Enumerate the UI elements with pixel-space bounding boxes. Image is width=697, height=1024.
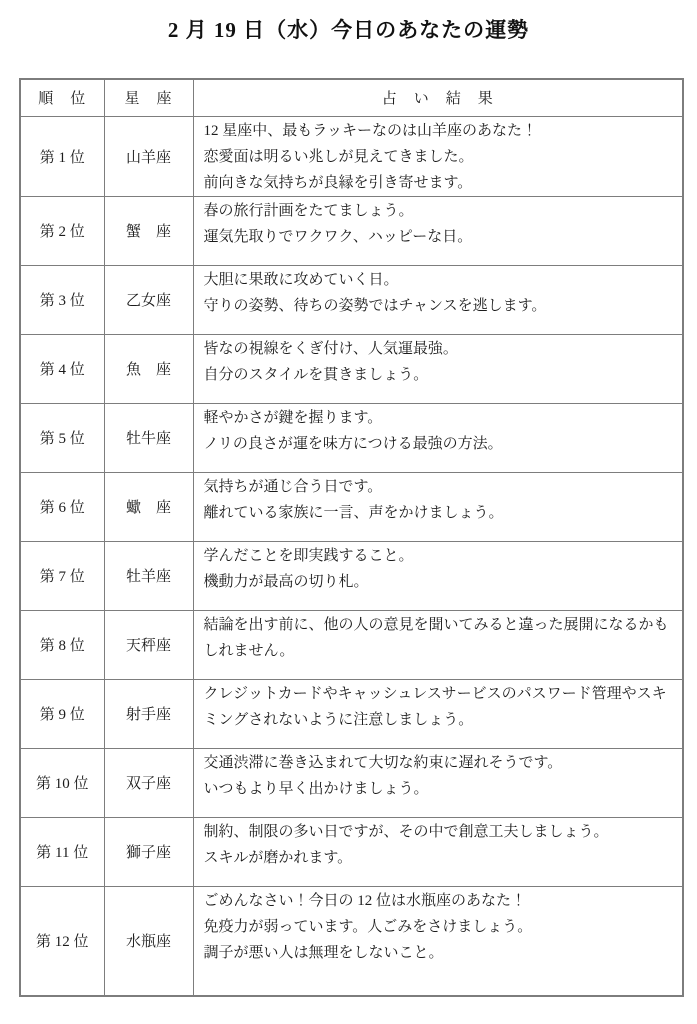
result-line: 学んだことを即実践すること。	[204, 543, 673, 569]
sign-cell: 牡牛座	[104, 403, 193, 472]
result-cell: 学んだことを即実践すること。 機動力が最高の切り札。	[193, 541, 683, 610]
result-line: ノリの良さが運を味方につける最強の方法。	[204, 431, 673, 457]
header-result: 占 い 結 果	[193, 79, 683, 116]
rank-cell: 第 8 位	[20, 610, 104, 679]
result-line: 前向きな気持ちが良縁を引き寄せます。	[204, 170, 673, 196]
result-line: ごめんなさい！今日の 12 位は水瓶座のあなた！	[204, 888, 673, 914]
result-cell: 軽やかさが鍵を握ります。 ノリの良さが運を味方につける最強の方法。	[193, 403, 683, 472]
sign-cell: 山羊座	[104, 116, 193, 196]
result-line: 離れている家族に一言、声をかけましょう。	[204, 500, 673, 526]
result-line: 皆なの視線をくぎ付け、人気運最強。	[204, 336, 673, 362]
result-line: 運気先取りでワクワク、ハッピーな日。	[204, 224, 673, 250]
sign-cell: 射手座	[104, 679, 193, 748]
table-header-row: 順 位 星 座 占 い 結 果	[20, 79, 683, 116]
rank-cell: 第 12 位	[20, 886, 104, 996]
result-cell: 12 星座中、最もラッキーなのは山羊座のあなた！ 恋愛面は明るい兆しが見えてきま…	[193, 116, 683, 196]
result-line: 自分のスタイルを貫きましょう。	[204, 362, 673, 388]
header-sign: 星 座	[104, 79, 193, 116]
result-cell: ごめんなさい！今日の 12 位は水瓶座のあなた！ 免疫力が弱っています。人ごみを…	[193, 886, 683, 996]
result-line: いつもより早く出かけましょう。	[204, 776, 673, 802]
table-row: 第 9 位 射手座 クレジットカードやキャッシュレスサービスのパスワード管理やス…	[20, 679, 683, 748]
table-row: 第 4 位 魚 座 皆なの視線をくぎ付け、人気運最強。 自分のスタイルを貫きまし…	[20, 334, 683, 403]
sign-cell: 蟹 座	[104, 196, 193, 265]
table-row: 第 10 位 双子座 交通渋滞に巻き込まれて大切な約束に遅れそうです。 いつもよ…	[20, 748, 683, 817]
table-row: 第 12 位 水瓶座 ごめんなさい！今日の 12 位は水瓶座のあなた！ 免疫力が…	[20, 886, 683, 996]
table-row: 第 6 位 蠍 座 気持ちが通じ合う日です。 離れている家族に一言、声をかけまし…	[20, 472, 683, 541]
result-line: クレジットカードやキャッシュレスサービスのパスワード管理やスキミングされないよう…	[204, 681, 673, 733]
sign-cell: 乙女座	[104, 265, 193, 334]
result-line: スキルが磨かれます。	[204, 845, 673, 871]
result-line: 機動力が最高の切り札。	[204, 569, 673, 595]
result-line: 大胆に果敢に攻めていく日。	[204, 267, 673, 293]
sign-cell: 蠍 座	[104, 472, 193, 541]
result-line: 免疫力が弱っています。人ごみをさけましょう。	[204, 914, 673, 940]
rank-cell: 第 3 位	[20, 265, 104, 334]
result-line: 恋愛面は明るい兆しが見えてきました。	[204, 144, 673, 170]
result-line: 春の旅行計画をたてましょう。	[204, 198, 673, 224]
sign-cell: 獅子座	[104, 817, 193, 886]
result-cell: 皆なの視線をくぎ付け、人気運最強。 自分のスタイルを貫きましょう。	[193, 334, 683, 403]
rank-cell: 第 10 位	[20, 748, 104, 817]
page-title: 2 月 19 日（水）今日のあなたの運勢	[0, 14, 697, 44]
result-line: 交通渋滞に巻き込まれて大切な約束に遅れそうです。	[204, 750, 673, 776]
horoscope-table: 順 位 星 座 占 い 結 果 第 1 位 山羊座 12 星座中、最もラッキーな…	[19, 78, 684, 997]
rank-cell: 第 2 位	[20, 196, 104, 265]
result-cell: 制約、制限の多い日ですが、その中で創意工夫しましょう。 スキルが磨かれます。	[193, 817, 683, 886]
rank-cell: 第 9 位	[20, 679, 104, 748]
rank-cell: 第 1 位	[20, 116, 104, 196]
result-cell: 交通渋滞に巻き込まれて大切な約束に遅れそうです。 いつもより早く出かけましょう。	[193, 748, 683, 817]
result-line: 軽やかさが鍵を握ります。	[204, 405, 673, 431]
result-cell: 気持ちが通じ合う日です。 離れている家族に一言、声をかけましょう。	[193, 472, 683, 541]
rank-cell: 第 11 位	[20, 817, 104, 886]
result-line: 守りの姿勢、待ちの姿勢ではチャンスを逃します。	[204, 293, 673, 319]
sign-cell: 魚 座	[104, 334, 193, 403]
sign-cell: 双子座	[104, 748, 193, 817]
table-row: 第 2 位 蟹 座 春の旅行計画をたてましょう。 運気先取りでワクワク、ハッピー…	[20, 196, 683, 265]
result-line: 12 星座中、最もラッキーなのは山羊座のあなた！	[204, 118, 673, 144]
table-row: 第 11 位 獅子座 制約、制限の多い日ですが、その中で創意工夫しましょう。 ス…	[20, 817, 683, 886]
rank-cell: 第 5 位	[20, 403, 104, 472]
table-row: 第 5 位 牡牛座 軽やかさが鍵を握ります。 ノリの良さが運を味方につける最強の…	[20, 403, 683, 472]
result-cell: 大胆に果敢に攻めていく日。 守りの姿勢、待ちの姿勢ではチャンスを逃します。	[193, 265, 683, 334]
result-cell: 結論を出す前に、他の人の意見を聞いてみると違った展開になるかもしれません。	[193, 610, 683, 679]
result-line: 結論を出す前に、他の人の意見を聞いてみると違った展開になるかもしれません。	[204, 612, 673, 664]
result-line: 気持ちが通じ合う日です。	[204, 474, 673, 500]
result-line: 制約、制限の多い日ですが、その中で創意工夫しましょう。	[204, 819, 673, 845]
table-row: 第 1 位 山羊座 12 星座中、最もラッキーなのは山羊座のあなた！ 恋愛面は明…	[20, 116, 683, 196]
rank-cell: 第 4 位	[20, 334, 104, 403]
table-row: 第 8 位 天秤座 結論を出す前に、他の人の意見を聞いてみると違った展開になるか…	[20, 610, 683, 679]
rank-cell: 第 7 位	[20, 541, 104, 610]
result-cell: 春の旅行計画をたてましょう。 運気先取りでワクワク、ハッピーな日。	[193, 196, 683, 265]
table-row: 第 7 位 牡羊座 学んだことを即実践すること。 機動力が最高の切り札。	[20, 541, 683, 610]
sign-cell: 天秤座	[104, 610, 193, 679]
result-cell: クレジットカードやキャッシュレスサービスのパスワード管理やスキミングされないよう…	[193, 679, 683, 748]
table-row: 第 3 位 乙女座 大胆に果敢に攻めていく日。 守りの姿勢、待ちの姿勢ではチャン…	[20, 265, 683, 334]
sign-cell: 牡羊座	[104, 541, 193, 610]
document-page: 2 月 19 日（水）今日のあなたの運勢 順 位 星 座 占 い 結 果 第 1…	[0, 0, 697, 1024]
header-rank: 順 位	[20, 79, 104, 116]
rank-cell: 第 6 位	[20, 472, 104, 541]
sign-cell: 水瓶座	[104, 886, 193, 996]
result-line: 調子が悪い人は無理をしないこと。	[204, 940, 673, 966]
